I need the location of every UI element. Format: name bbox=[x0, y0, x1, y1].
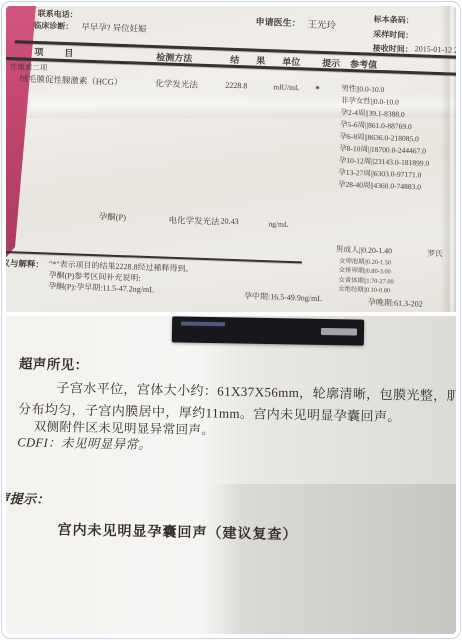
row2-result: 20.43 bbox=[220, 217, 238, 227]
row2-unit: ng/mL bbox=[268, 219, 288, 229]
lab-report-photo: 联系电话： 申请医生： 王光玲 标本条码： 临床诊断： 早早孕? 异位妊娠 采样… bbox=[6, 6, 456, 312]
row1-unit: mIU/mL bbox=[273, 82, 300, 92]
row1-method: 化学发光法 bbox=[155, 77, 198, 90]
receive-time-value: 2015-01-12 21: bbox=[415, 44, 456, 55]
row1-flag: * bbox=[315, 84, 320, 94]
ref-line: 孕28-40周||4360.0-74883.0 bbox=[338, 179, 442, 195]
diagnosis-label: 临床诊断： bbox=[33, 20, 73, 32]
row1-name: 绒毛膜促性腺激素（HCG） bbox=[19, 72, 122, 88]
barcode-label: 标本条码： bbox=[374, 14, 414, 26]
doctor-value: 王光玲 bbox=[307, 16, 336, 31]
row2-ref-vendor: 罗氏 bbox=[427, 248, 442, 260]
lab-report-content: 联系电话： 申请医生： 王光玲 标本条码： 临床诊断： 早早孕? 异位妊娠 采样… bbox=[6, 6, 456, 312]
advice-label: 建议与解释： bbox=[6, 257, 44, 271]
row2-ref-main: 男成人||0.20-1.40 bbox=[335, 244, 392, 257]
row1-result: 2228.8 bbox=[225, 81, 247, 91]
row2-name: 孕酮(P) bbox=[98, 210, 126, 223]
sample-time-label: 采样时间： bbox=[373, 29, 413, 41]
contact-label: 联系电话： bbox=[38, 8, 78, 20]
ultrasound-report-content: 超声所见： 子宫水平位，宫体大小约：61X37X56mm，轮廓清晰，包膜光整，肌… bbox=[6, 316, 456, 634]
impression-label: 声提示： bbox=[6, 488, 50, 508]
row2-method: 电化学发光法 bbox=[168, 214, 219, 228]
doctor-label: 申请医生： bbox=[255, 15, 300, 30]
row2-reference-list-small: 女卵泡期||0.20-1.50 女排卵期||0.80-3.00 女黄体期||1.… bbox=[338, 257, 456, 299]
impression-text: 宫内未见明显孕囊回声（建议复查） bbox=[57, 519, 297, 544]
findings-label: 超声所见： bbox=[19, 352, 89, 373]
ultrasound-report-photo: 超声所见： 子宫水平位，宫体大小约：61X37X56mm，轮廓清晰，包膜光整，肌… bbox=[6, 316, 456, 634]
advice-late-term: 孕晚期:61.3-202 bbox=[368, 297, 423, 310]
advice-line3: 孕酮(P):孕早期:11.5-47.2ng/mL bbox=[48, 281, 154, 296]
section-label: 性激素二项 bbox=[10, 61, 48, 73]
row1-reference-list: 男性||0.0-10.0 非孕女性||0.0-10.0 孕2-4周||39.1-… bbox=[338, 83, 446, 195]
findings-line4: CDFI：未见明显异常。 bbox=[17, 432, 151, 453]
diagnosis-value: 早早孕? 异位妊娠 bbox=[81, 21, 147, 35]
photo-collage-frame: 联系电话： 申请医生： 王光玲 标本条码： 临床诊断： 早早孕? 异位妊娠 采样… bbox=[1, 1, 461, 639]
advice-mid-term: 孕中期:16.5-49.9ng/mL bbox=[244, 290, 323, 304]
